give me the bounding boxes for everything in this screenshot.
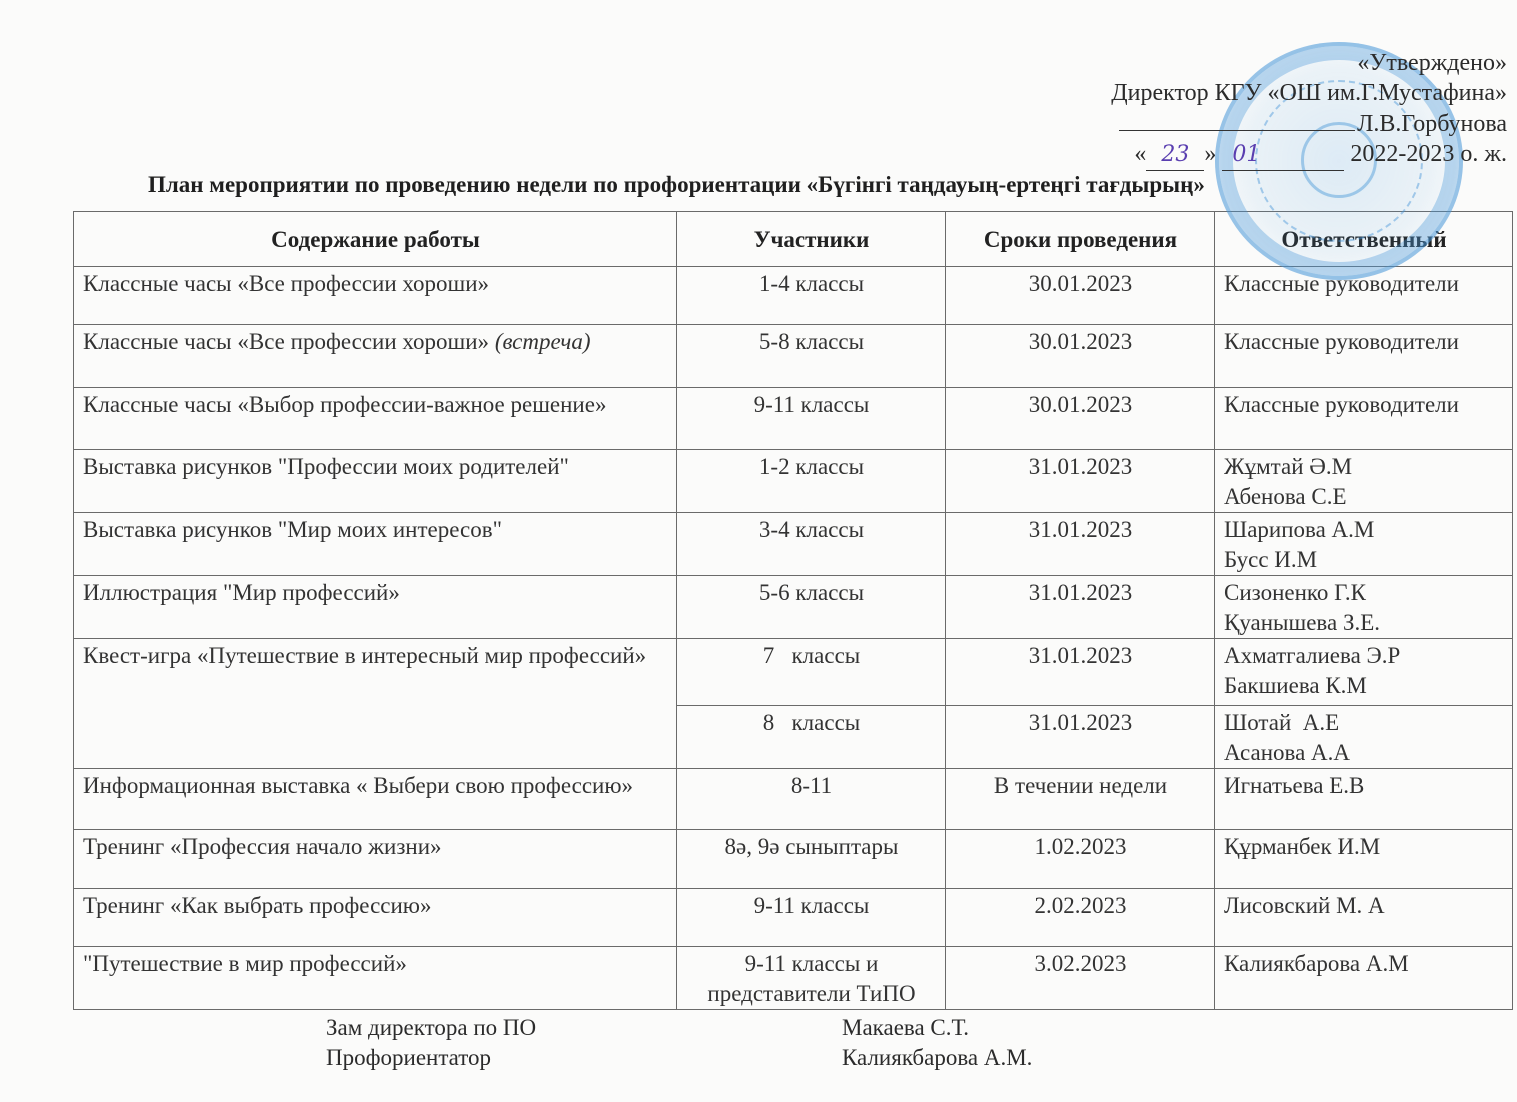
cell-responsible: Игнатьева Е.В	[1215, 769, 1513, 830]
cell-responsible: Шарипова А.МБусс И.М	[1215, 513, 1513, 576]
table-row: Выставка рисунков "Профессии моих родите…	[74, 450, 1513, 513]
cell-date: 30.01.2023	[946, 388, 1215, 450]
table-row: Квест-игра «Путешествие в интересный мир…	[74, 639, 1513, 706]
responsible-name: Ахматгалиева Э.Р	[1224, 641, 1504, 671]
cell-responsible: Жұмтай Ә.МАбенова С.Е	[1215, 450, 1513, 513]
cell-responsible: Сизоненко Г.КҚуанышева З.Е.	[1215, 576, 1513, 639]
responsible-name: Жұмтай Ә.М	[1224, 452, 1504, 482]
cell-participants: 1-2 классы	[677, 450, 946, 513]
cell-participants: 9-11 классы	[677, 889, 946, 947]
director-signature-line: Л.В.Горбунова	[1111, 108, 1507, 139]
table-row: Тренинг «Как выбрать профессию» 9-11 кла…	[74, 889, 1513, 947]
cell-date: 2.02.2023	[946, 889, 1215, 947]
header-dates: Сроки проведения	[946, 212, 1215, 267]
date-open-quote: «	[1134, 141, 1146, 167]
document-title: План мероприятии по проведению недели по…	[148, 172, 1205, 198]
events-plan-table: Содержание работы Участники Сроки провед…	[73, 211, 1513, 1010]
cell-date: 31.01.2023	[946, 706, 1215, 769]
cell-content: Выставка рисунков "Профессии моих родите…	[74, 450, 677, 513]
cell-content: Информационная выставка « Выбери свою пр…	[74, 769, 677, 830]
signature-blank	[1119, 108, 1355, 131]
cell-participants: 5-6 классы	[677, 576, 946, 639]
cell-responsible: Құрманбек И.М	[1215, 830, 1513, 889]
footer-role: Профориентатор	[326, 1043, 536, 1073]
cell-content: Классные часы «Все профессии хороши»	[74, 267, 677, 325]
responsible-name: Бакшиева К.М	[1224, 671, 1504, 701]
responsible-name: Қуанышева З.Е.	[1224, 608, 1504, 638]
footer-name: Калиякбарова А.М.	[842, 1043, 1032, 1073]
content-text: Классные часы «Все профессии хороши»	[83, 329, 489, 354]
cell-responsible: Лисовский М. А	[1215, 889, 1513, 947]
responsible-name: Шотай А.Е	[1224, 708, 1504, 738]
director-title: Директор КГУ «ОШ им.Г.Мустафина»	[1111, 78, 1507, 108]
approval-date: «23» 012022-2023 о. ж.	[1111, 139, 1507, 171]
cell-date: 3.02.2023	[946, 947, 1215, 1010]
responsible-name: Сизоненко Г.К	[1224, 578, 1504, 608]
responsible-name: Шарипова А.М	[1224, 515, 1504, 545]
footer-name: Макаева С.Т.	[842, 1013, 1032, 1043]
cell-participants: 8 классы	[677, 706, 946, 769]
date-day-handwritten: 23	[1146, 140, 1204, 171]
cell-participants: 7 классы	[677, 639, 946, 706]
cell-participants: 8ә, 9ә сыныптары	[677, 830, 946, 889]
cell-content: Классные часы «Все профессии хороши» (вс…	[74, 325, 677, 388]
footer-names: Макаева С.Т. Калиякбарова А.М.	[842, 1013, 1032, 1073]
cell-participants: 5-8 классы	[677, 325, 946, 388]
responsible-name: Асанова А.А	[1224, 738, 1504, 768]
cell-participants: 8-11	[677, 769, 946, 830]
cell-content: Тренинг «Как выбрать профессию»	[74, 889, 677, 947]
table-row: Тренинг «Профессия начало жизни» 8ә, 9ә …	[74, 830, 1513, 889]
table-row: Классные часы «Все профессии хороши» (вс…	[74, 325, 1513, 388]
table-row: Классные часы «Выбор профессии-важное ре…	[74, 388, 1513, 450]
table-row: Информационная выставка « Выбери свою пр…	[74, 769, 1513, 830]
responsible-name: Бусс И.М	[1224, 545, 1504, 575]
academic-year: 2022-2023 о. ж.	[1350, 141, 1507, 167]
participants-line: представители ТиПО	[686, 979, 937, 1009]
cell-content: "Путешествие в мир профессий»	[74, 947, 677, 1010]
cell-date: 1.02.2023	[946, 830, 1215, 889]
cell-responsible: Классные руководители	[1215, 325, 1513, 388]
cell-content: Выставка рисунков "Мир моих интересов"	[74, 513, 677, 576]
footer-roles: Зам директора по ПО Профориентатор	[326, 1013, 536, 1073]
responsible-name: Абенова С.Е	[1224, 482, 1504, 512]
participants-line: 9-11 классы и	[686, 949, 937, 979]
header-participants: Участники	[677, 212, 946, 267]
cell-responsible: Классные руководители	[1215, 388, 1513, 450]
director-name: Л.В.Горбунова	[1357, 111, 1507, 137]
date-month-handwritten: 01	[1222, 140, 1344, 171]
approval-block: «Утверждено» Директор КГУ «ОШ им.Г.Муста…	[1111, 48, 1507, 171]
cell-content: Иллюстрация "Мир профессий»	[74, 576, 677, 639]
cell-responsible: Шотай А.ЕАсанова А.А	[1215, 706, 1513, 769]
cell-date: В течении недели	[946, 769, 1215, 830]
cell-content: Классные часы «Выбор профессии-важное ре…	[74, 388, 677, 450]
cell-content: Квест-игра «Путешествие в интересный мир…	[74, 639, 677, 769]
cell-date: 30.01.2023	[946, 267, 1215, 325]
cell-responsible: Калиякбарова А.М	[1215, 947, 1513, 1010]
content-note: (встреча)	[495, 329, 591, 354]
table-row: Иллюстрация "Мир профессий» 5-6 классы 3…	[74, 576, 1513, 639]
cell-participants: 9-11 классы	[677, 388, 946, 450]
cell-date: 31.01.2023	[946, 450, 1215, 513]
approval-label: «Утверждено»	[1111, 48, 1507, 78]
header-content: Содержание работы	[74, 212, 677, 267]
date-close-quote: »	[1204, 141, 1216, 167]
cell-date: 31.01.2023	[946, 639, 1215, 706]
cell-date: 31.01.2023	[946, 576, 1215, 639]
table-row: Классные часы «Все профессии хороши» 1-4…	[74, 267, 1513, 325]
cell-participants: 9-11 классы ипредставители ТиПО	[677, 947, 946, 1010]
cell-date: 31.01.2023	[946, 513, 1215, 576]
table-row: "Путешествие в мир профессий» 9-11 класс…	[74, 947, 1513, 1010]
cell-participants: 1-4 классы	[677, 267, 946, 325]
cell-participants: 3-4 классы	[677, 513, 946, 576]
cell-content: Тренинг «Профессия начало жизни»	[74, 830, 677, 889]
table-row: Выставка рисунков "Мир моих интересов" 3…	[74, 513, 1513, 576]
cell-date: 30.01.2023	[946, 325, 1215, 388]
cell-responsible: Ахматгалиева Э.РБакшиева К.М	[1215, 639, 1513, 706]
footer-role: Зам директора по ПО	[326, 1013, 536, 1043]
